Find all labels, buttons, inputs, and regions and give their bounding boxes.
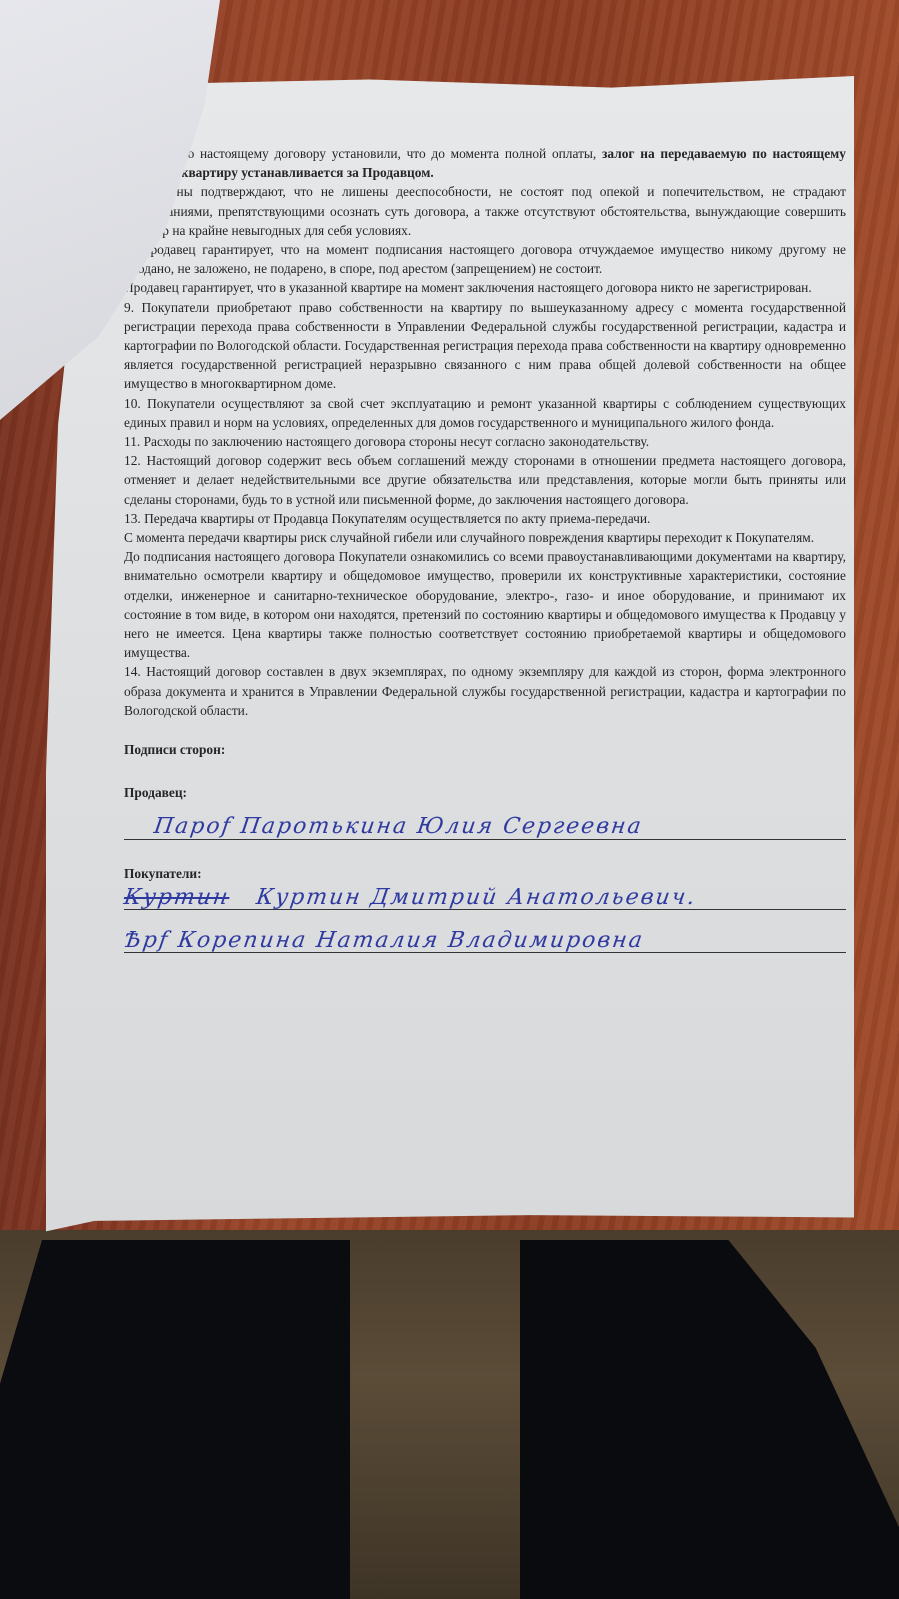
contract-page: Стороны по настоящему договору установил… (46, 76, 854, 1236)
clause-11: 11. Расходы по заключению настоящего дог… (124, 432, 846, 451)
clause-collateral: Стороны по настоящему договору установил… (124, 144, 846, 182)
buyer2-signature: Ѣрf Корепина Наталия Владимировна (123, 931, 646, 950)
contract-text: Стороны по настоящему договору установил… (124, 144, 846, 953)
buyer1-struck-signature: Куртин (122, 885, 231, 910)
clause-8: 8. Продавец гарантирует, что на момент п… (124, 240, 846, 278)
clause-7: 7. Стороны подтверждают, что не лишены д… (124, 182, 846, 240)
buyers-label: Покупатели: (124, 864, 846, 883)
buyer1-signature: Куртин Куртин Дмитрий Анатольевич. (123, 888, 698, 907)
seller-signature: Пароf Паротькина Юлия Сергеевна (153, 817, 644, 836)
clause-9: 9. Покупатели приобретают право собствен… (124, 298, 846, 394)
seller-label: Продавец: (124, 783, 846, 802)
clause-12: 12. Настоящий договор содержит весь объе… (124, 451, 846, 509)
clause-text: Стороны по настоящему договору установил… (124, 146, 602, 161)
buyer1-signature-line: Куртин Куртин Дмитрий Анатольевич. (124, 887, 846, 910)
clause-13-inspection: До подписания настоящего договора Покупа… (124, 547, 846, 662)
person-leg-left (0, 1240, 350, 1599)
clause-14: 14. Настоящий договор составлен в двух э… (124, 662, 846, 720)
signatures-heading: Подписи сторон: (124, 740, 846, 759)
clause-8-guarantee: Продавец гарантирует, что в указанной кв… (124, 278, 846, 297)
seller-signature-line: Пароf Паротькина Юлия Сергеевна (124, 807, 846, 840)
clause-13: 13. Передача квартиры от Продавца Покупа… (124, 509, 846, 528)
clause-13-risk: С момента передачи квартиры риск случайн… (124, 528, 846, 547)
clause-10: 10. Покупатели осуществляют за свой счет… (124, 394, 846, 432)
buyer2-signature-line: Ѣрf Корепина Наталия Владимировна (124, 914, 846, 953)
buyer1-name: Куртин Дмитрий Анатольевич. (255, 885, 699, 910)
